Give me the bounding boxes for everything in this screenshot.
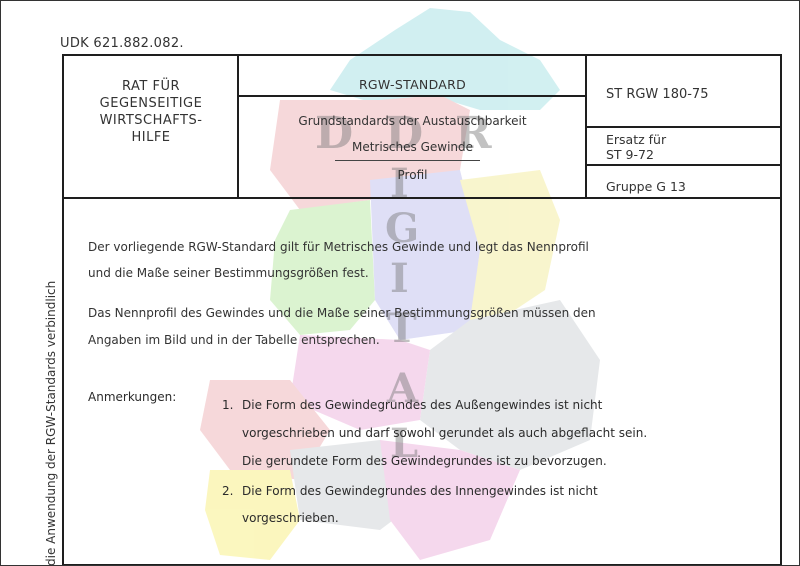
udk-classification: UDK 621.882.082. [60, 36, 184, 51]
standard-number: ST RGW 180-75 [606, 87, 708, 102]
organization-line: HILFE [64, 129, 238, 146]
note-1-line-1: Die Form des Gewindegrundes des Außengew… [242, 398, 602, 412]
header-border-top-right [586, 54, 782, 56]
subtitle-underline [335, 160, 480, 161]
note-number: 1. [222, 398, 233, 412]
header-divider [238, 95, 586, 97]
document-page: UDK 621.882.082. RAT FÜR GEGENSEITIGE WI… [0, 0, 800, 566]
standard-subtitle-3: Profil [240, 166, 585, 184]
organization-line: WIRTSCHAFTS- [64, 112, 238, 129]
paragraph-1-line-1: Der vorliegende RGW-Standard gilt für Me… [88, 240, 589, 254]
paragraph-2-line-1: Das Nennprofil des Gewindes und die Maße… [88, 306, 596, 320]
standard-type: RGW-STANDARD [240, 76, 585, 94]
paragraph-1-line-2: und die Maße seiner Bestimmungsgrößen fe… [88, 266, 369, 280]
group-code: Gruppe G 13 [606, 179, 686, 194]
organization-line: RAT FÜR [64, 78, 238, 95]
note-1-line-2: vorgeschrieben und darf sowohl gerundet … [242, 426, 647, 440]
paragraph-2-line-2: Angaben im Bild und in der Tabelle entsp… [88, 333, 380, 347]
organization-name: RAT FÜR GEGENSEITIGE WIRTSCHAFTS- HILFE [64, 78, 238, 146]
standard-subtitle-2: Metrisches Gewinde [240, 138, 585, 156]
notes-label: Anmerkungen: [88, 390, 176, 404]
replacement-value: ST 9-72 [606, 147, 654, 162]
page-border-right [780, 54, 782, 566]
note-number: 2. [222, 484, 233, 498]
header-border-top [62, 54, 672, 56]
note-1-line-3: Die gerundete Form des Gewindegrundes is… [242, 454, 607, 468]
header-divider [586, 164, 782, 166]
header-border-bottom [62, 197, 782, 199]
standard-subtitle-1: Grundstandards der Austauschbarkeit [240, 112, 585, 130]
header-divider [586, 126, 782, 128]
note-2-line-2: vorgeschrieben. [242, 511, 339, 525]
replacement-label: Ersatz für [606, 132, 666, 147]
note-2-line-1: Die Form des Gewindegrundes des Innengew… [242, 484, 598, 498]
organization-line: GEGENSEITIGE [64, 95, 238, 112]
side-note: die Anwendung der RGW-Standards verbindl… [44, 281, 58, 566]
